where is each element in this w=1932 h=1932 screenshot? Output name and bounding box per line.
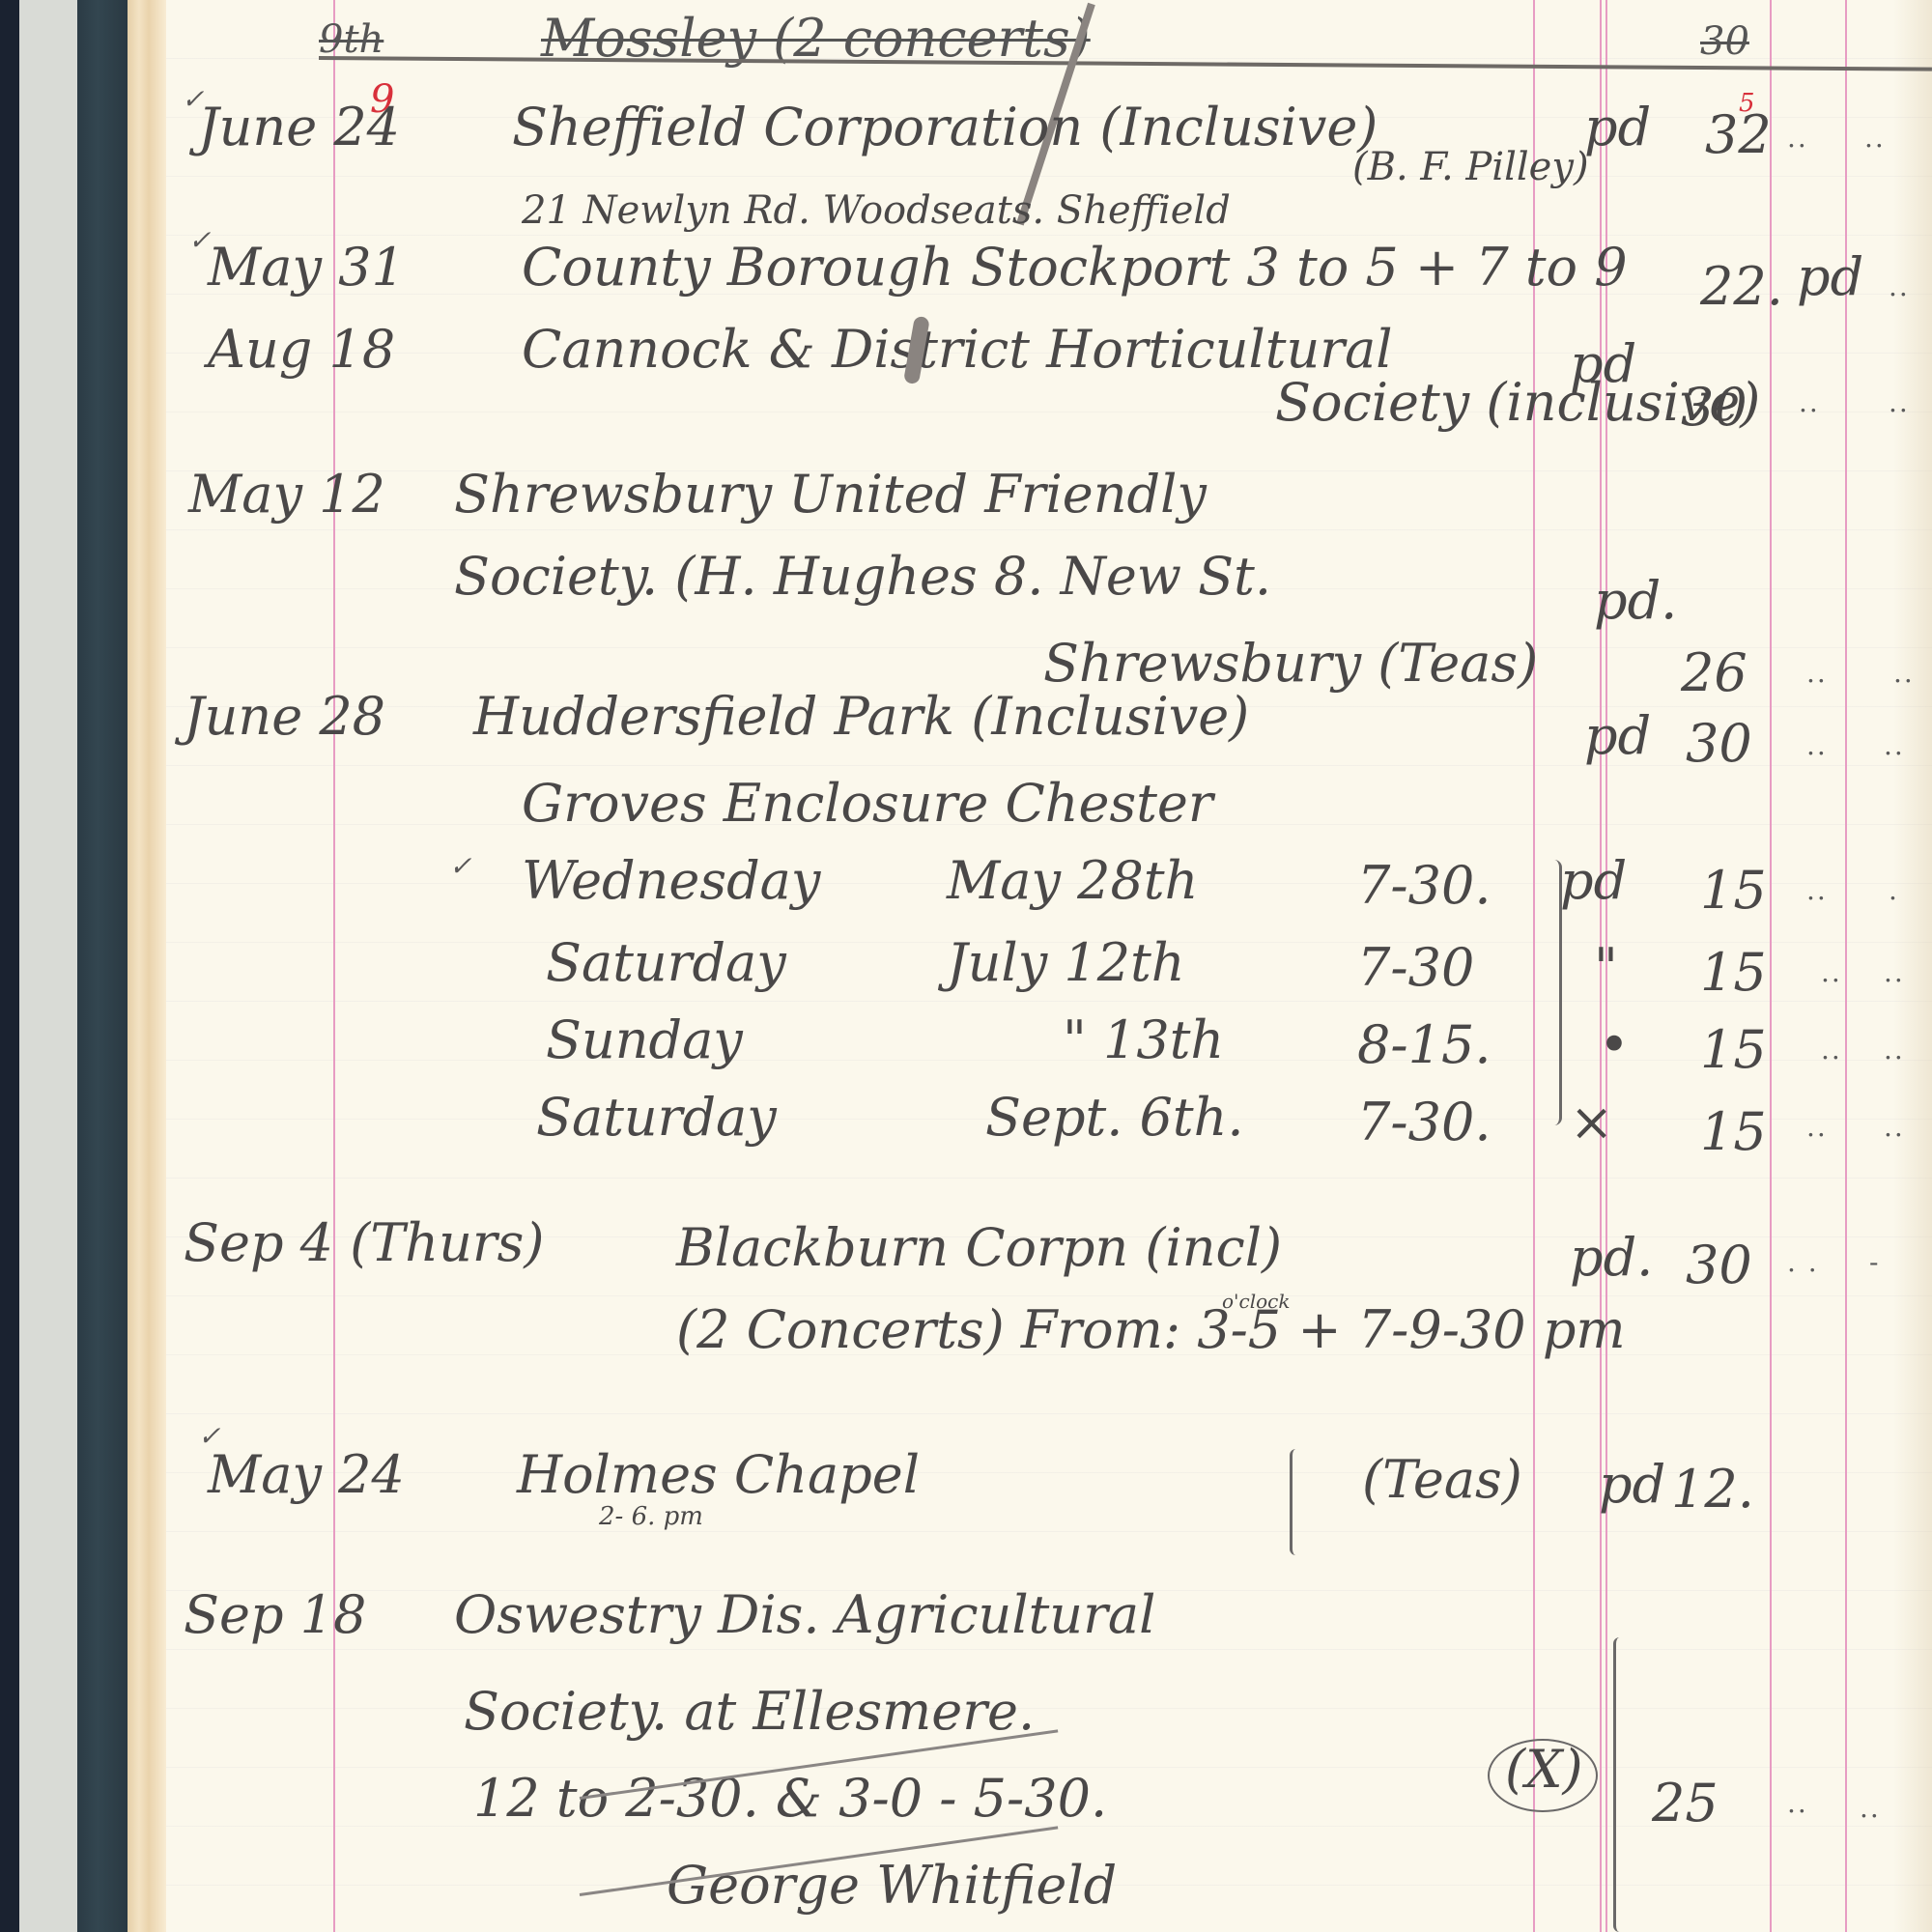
entry-contact: George Whitfield [667, 1855, 1117, 1916]
sub-row-day: Saturday [546, 932, 786, 993]
entry-contact: (B. F. Pilley) [1352, 145, 1589, 189]
date-correction: 9 [370, 77, 394, 122]
entry-name: Blackburn Corpn (incl) [676, 1217, 1282, 1278]
sub-row-date: " 13th [1063, 1009, 1224, 1070]
amount-pence: .. [1889, 386, 1910, 418]
amount-pounds: 30 [1686, 1235, 1752, 1295]
amount-shillings: . . [1787, 1246, 1819, 1278]
amount-pence: .. [1864, 122, 1886, 154]
sub-row-time: 8-15. [1357, 1014, 1491, 1075]
amount-shillings: .. [1799, 386, 1820, 418]
entry-name: Holmes Chapel [517, 1444, 920, 1505]
paid-status: pd [1560, 850, 1627, 911]
amount-shillings: .. [1787, 122, 1808, 154]
entry-name: Oswestry Dis. Agricultural [454, 1584, 1155, 1645]
amount-pounds: 25 [1652, 1773, 1719, 1833]
grouping-brace [1290, 1449, 1302, 1555]
amount-pence: . [1889, 874, 1899, 906]
entry-details: (2 Concerts) From: 3-5 + 7-9-30 pm [676, 1299, 1626, 1360]
amount-pounds: 15 [1700, 860, 1767, 921]
paid-status: pd. [1570, 1227, 1653, 1288]
sub-row-day: Wednesday [522, 850, 820, 911]
sub-row-date: July 12th [947, 932, 1185, 993]
superscript-note: o'clock [1222, 1290, 1291, 1313]
grouping-brace [1546, 860, 1562, 1125]
amount-shillings: .. [1821, 1034, 1842, 1065]
amount-pounds: 12. [1671, 1459, 1754, 1520]
entry-date: Aug 18 [208, 319, 395, 380]
amount-pence: .. [1884, 956, 1905, 988]
amount-correction: 5 [1739, 89, 1755, 118]
paid-status: pd [1570, 333, 1636, 394]
amount-pounds: 15 [1700, 942, 1767, 1003]
paid-status: pd [1599, 1454, 1665, 1515]
cloth-binding-spine [77, 0, 128, 1932]
spine-gap [19, 0, 79, 1932]
amount-pence: .. [1884, 729, 1905, 761]
entry-note: (Teas) [1362, 1449, 1522, 1510]
amount-shillings: .. [1787, 1787, 1808, 1819]
paid-status: pd [1584, 97, 1651, 157]
entry-date: May 12 [188, 464, 385, 525]
sub-row-day: Saturday [536, 1087, 777, 1148]
sub-row-time: 7-30. [1357, 1092, 1491, 1152]
entry-name: County Borough Stockport 3 to 5 + 7 to 9 [522, 237, 1628, 298]
amount-pounds: 30 [1681, 377, 1747, 438]
entry-name: Huddersfield Park (Inclusive) [473, 686, 1249, 747]
entry-address: 21 Newlyn Rd. Woodseats. Sheffield [522, 188, 1231, 233]
amount-shillings: .. [1806, 729, 1828, 761]
paid-status: pd [1584, 705, 1651, 766]
amount-pence: .. [1893, 657, 1915, 689]
entry-name: Groves Enclosure Chester [522, 773, 1213, 834]
sub-row-time: 7-30. [1357, 855, 1491, 916]
sub-row-date: Sept. 6th. [985, 1087, 1244, 1148]
paid-status: pd [1797, 246, 1863, 307]
grouping-brace [1613, 1637, 1626, 1932]
entry-date: May 24 [208, 1444, 405, 1505]
amount-shillings: .. [1889, 270, 1910, 302]
status-dot: • [1599, 1014, 1630, 1075]
entry-date: June 28 [184, 686, 385, 747]
page-gutter-edge [128, 0, 166, 1932]
entry-times: 12 to 2-30. & 3-0 - 5-30. [473, 1768, 1107, 1829]
entry-name: Shrewsbury United Friendly [454, 464, 1207, 525]
entry-time: 2- 6. pm [599, 1502, 703, 1531]
paid-status-ditto: " [1594, 937, 1618, 998]
sub-row-time: 7-30 [1357, 937, 1474, 998]
cross-mark: (X) [1505, 1739, 1583, 1800]
entry-name: Cannock & District Horticultural [522, 319, 1393, 380]
amount-pence: .. [1860, 1792, 1881, 1824]
sub-row-day: Sunday [546, 1009, 743, 1070]
amount-pounds: 22. [1700, 256, 1783, 317]
amount-pounds: 30 [1686, 713, 1752, 774]
amount-pounds: 26 [1681, 642, 1747, 703]
amount-shillings: .. [1806, 874, 1828, 906]
sub-row-date: May 28th [947, 850, 1198, 911]
amount-shillings: .. [1821, 956, 1842, 988]
amount-pence: .. [1884, 1111, 1905, 1143]
entry-city: Shrewsbury (Teas) [1043, 633, 1538, 694]
entry-name-line2: Society. at Ellesmere. [464, 1681, 1035, 1742]
amount-shillings: .. [1806, 1111, 1828, 1143]
check-mark: ✓ [449, 850, 471, 882]
struck-entry-amount: 30 [1700, 19, 1749, 64]
status-cross: × [1570, 1092, 1613, 1152]
amount-pence: .. [1884, 1034, 1905, 1065]
amount-pounds: 15 [1700, 1101, 1767, 1162]
amount-pounds: 15 [1700, 1019, 1767, 1080]
book-cover-edge [0, 0, 19, 1932]
entry-date: Sep 4 (Thurs) [184, 1212, 544, 1273]
paid-status: pd. [1594, 570, 1677, 631]
amount-shillings: .. [1806, 657, 1828, 689]
amount-pence: - [1869, 1246, 1880, 1278]
entry-date: May 31 [208, 237, 405, 298]
entry-contact: Society. (H. Hughes 8. New St. [454, 546, 1271, 607]
entry-date: Sep 18 [184, 1584, 366, 1645]
entry-name: Sheffield Corporation (Inclusive) [512, 97, 1378, 157]
